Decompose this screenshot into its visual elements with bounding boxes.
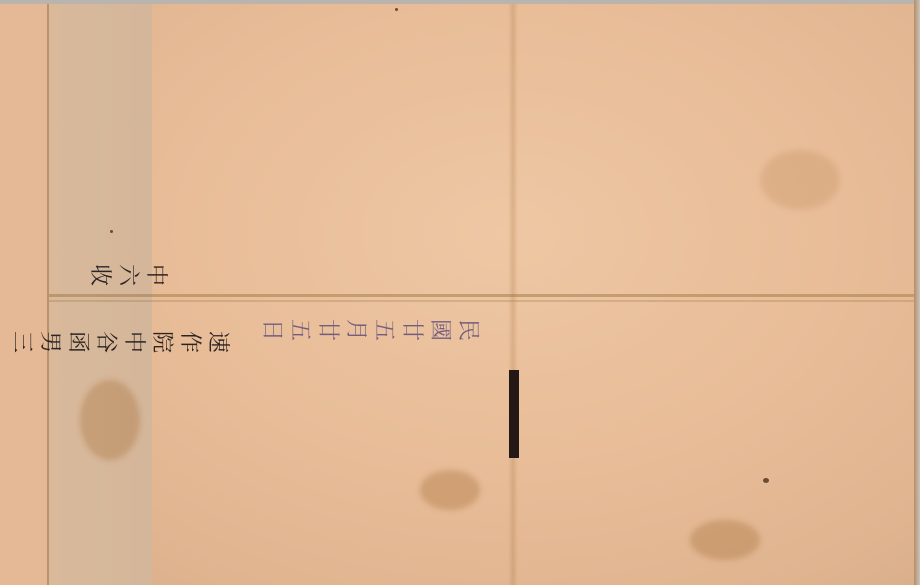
handwritten-char: 三 [9, 331, 33, 353]
handwritten-char: 速 [205, 331, 229, 353]
ink-spot [395, 8, 398, 11]
stain [80, 380, 140, 460]
handwritten-char: 收 [87, 264, 111, 286]
scanned-document: 民 國 廿 五 月 廿 五 日 速 作 院 中 谷 函 男 三 中 六 收 [0, 0, 920, 585]
horizontal-fold-line [49, 294, 914, 297]
ink-spot [110, 230, 113, 233]
stamp-char: 日 [259, 319, 283, 341]
stamp-char: 五 [371, 319, 395, 341]
handwritten-char: 作 [177, 331, 201, 353]
left-flap [0, 4, 49, 585]
stain [690, 520, 760, 560]
stamp-char: 民 [455, 319, 479, 341]
handwritten-char: 六 [115, 264, 139, 286]
handwritten-char: 函 [65, 331, 89, 353]
stain [760, 150, 840, 210]
redaction-bar [509, 370, 519, 458]
stamp-char: 國 [427, 319, 451, 341]
handwritten-char: 谷 [93, 331, 117, 353]
handwritten-char: 院 [149, 331, 173, 353]
stamp-date-line: 民 國 廿 五 月 廿 五 日 [260, 318, 478, 342]
stamp-char: 月 [343, 319, 367, 341]
stamp-char: 廿 [315, 319, 339, 341]
ink-spot [763, 478, 769, 483]
stamp-char: 廿 [399, 319, 423, 341]
horizontal-fold-shadow [49, 300, 914, 302]
handwritten-char: 中 [143, 264, 167, 286]
handwritten-char: 男 [37, 331, 61, 353]
handwritten-char: 中 [121, 331, 145, 353]
handwriting-line-1: 速 作 院 中 谷 函 男 三 [10, 330, 228, 354]
stain [420, 470, 480, 510]
stamp-char: 五 [287, 319, 311, 341]
handwriting-line-2: 中 六 收 [88, 263, 166, 287]
scan-right-edge [914, 0, 920, 585]
